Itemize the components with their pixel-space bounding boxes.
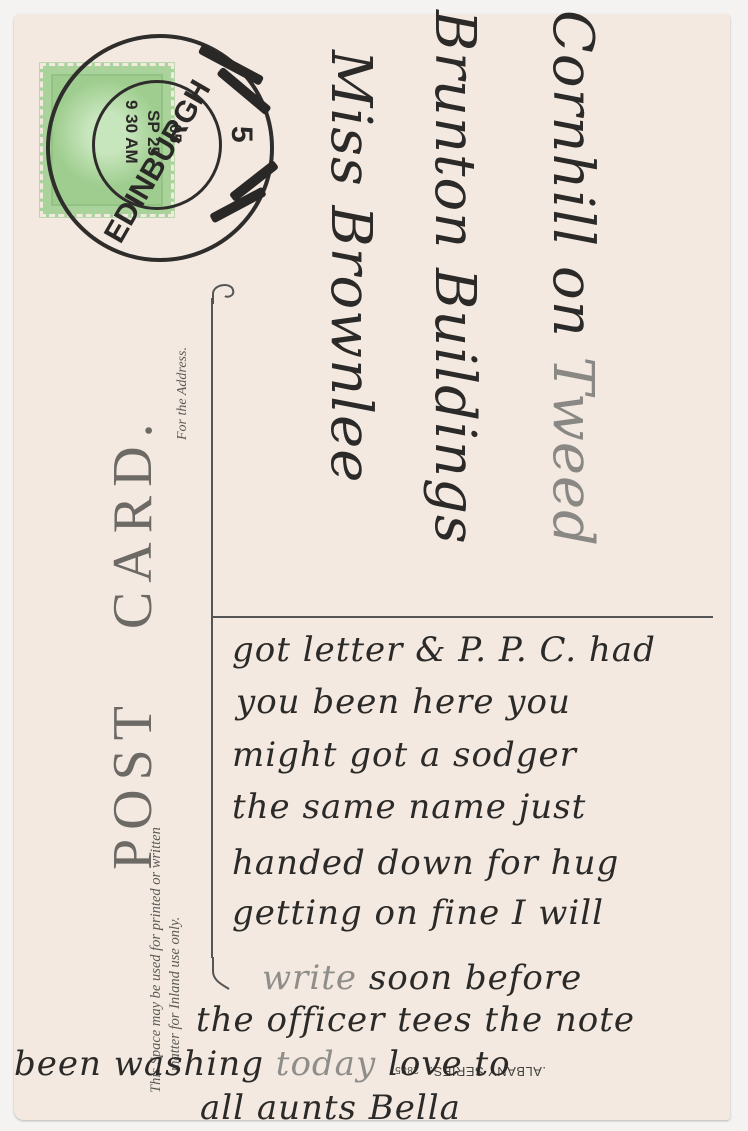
bracket-curl-bottom-icon (205, 955, 245, 995)
for-address-label: For the Address. (175, 347, 191, 440)
address-town-faint: Tweed (540, 357, 605, 547)
message-line-end: love to (376, 1044, 510, 1084)
message-line: getting on fine I will (232, 893, 604, 933)
message-line-start: been washing (14, 1044, 276, 1084)
address-town-main: Cornhill on (540, 10, 605, 338)
message-line: got letter & P. P. C. had (232, 630, 656, 670)
postmark-time: 9 30 AM (122, 100, 140, 164)
postmark-office-number: 5 (224, 126, 258, 143)
address-divider-horizontal (211, 616, 713, 618)
message-line-rest: soon before (357, 958, 582, 998)
message-line: handed down for hug (232, 843, 619, 883)
message-line: you been here you (236, 682, 571, 722)
address-line-street: Brunton Buildings (426, 10, 482, 545)
address-divider-vertical (211, 298, 213, 958)
message-faint-word: today (276, 1044, 376, 1084)
post-card-heading: POSTCARD. (105, 414, 161, 870)
message-line: the same name just (232, 787, 586, 827)
postmark-date: SP 25 (144, 110, 162, 156)
message-line: might got a sodger (232, 735, 577, 775)
bracket-curl-icon (205, 282, 245, 306)
address-line-name: Miss Brownlee (322, 50, 378, 483)
message-faint-word: write (262, 958, 357, 998)
message-line: the officer tees the note (196, 1000, 635, 1040)
address-line-town: Cornhill on Tweed (544, 10, 600, 547)
message-line: been washing today love to (14, 1044, 511, 1084)
message-line: write soon before (262, 958, 582, 998)
heading-word-card: CARD. (102, 414, 164, 629)
postmark-year: 05 (166, 124, 184, 143)
message-signoff: all aunts Bella (200, 1088, 461, 1128)
